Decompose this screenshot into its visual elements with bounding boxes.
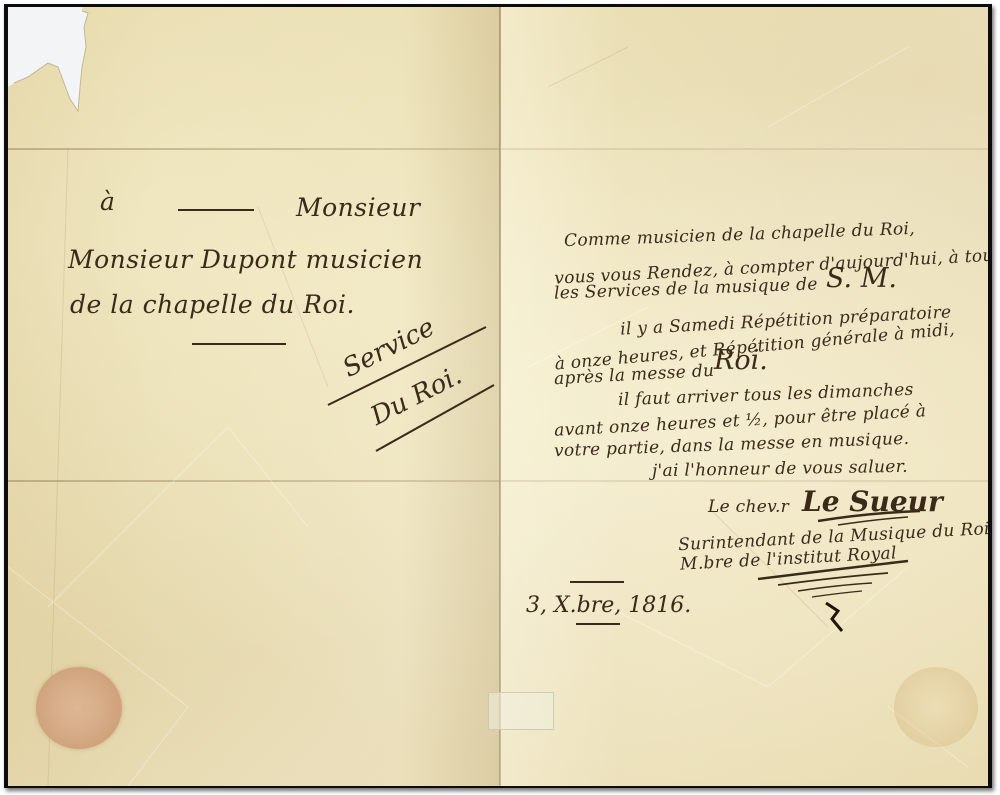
signature-flourish xyxy=(748,559,928,639)
date-underline xyxy=(574,621,624,627)
address-title: Monsieur xyxy=(296,193,420,222)
horizontal-fold-line xyxy=(8,480,500,482)
signature-prefix: Le chev.r xyxy=(708,497,789,517)
address-rule xyxy=(176,207,256,213)
recipient-affiliation: de la chapelle du Roi. xyxy=(70,290,355,319)
date-overline xyxy=(568,579,628,585)
wax-seal xyxy=(36,667,122,749)
torn-corner xyxy=(8,7,98,117)
seal-stain xyxy=(894,667,978,747)
letter-sheet: à Monsieur Monsieur Dupont musicien de l… xyxy=(8,7,988,786)
horizontal-fold-line xyxy=(501,148,988,150)
tape-fragment xyxy=(488,692,554,730)
recipient-name: Monsieur Dupont musicien xyxy=(68,245,423,274)
horizontal-fold-line xyxy=(8,148,500,150)
letter-sm-abbrev: S. M. xyxy=(826,263,897,294)
address-prefix: à xyxy=(100,187,115,216)
letter-date: 3, X.bre, 1816. xyxy=(526,593,691,618)
horizontal-fold-line xyxy=(501,480,988,482)
letter-roi: Roi. xyxy=(714,345,768,376)
address-rule xyxy=(190,341,290,347)
